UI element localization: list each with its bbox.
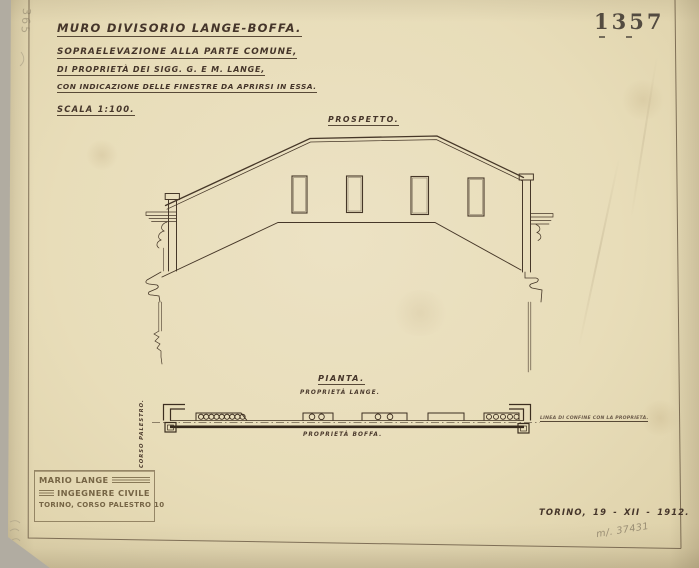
title-subline-2-text: DI PROPRIETÀ DEI SIGG. G. E M. LANGE, (57, 65, 265, 76)
archive-number-stamp: 1357 (594, 9, 664, 34)
boundary-line-note: LINEA DI CONFINE CON LA PROPRIETÀ. (540, 416, 648, 422)
scale-note-text: SCALA 1:100. (57, 104, 135, 116)
elevation-label-text: PROSPETTO. (328, 115, 399, 126)
engineer-address: TORINO, CORSO PALESTRO 10 (39, 501, 164, 509)
street-label: CORSO PALESTRO. (139, 396, 150, 468)
stamp-underline-mark (599, 36, 605, 38)
drawing-title-text: MURO DIVISORIO LANGE-BOFFA. (57, 21, 302, 37)
stamp-underline-mark (626, 36, 632, 38)
plan-owner-above-label: PROPRIETÀ LANGE. (300, 390, 380, 396)
engineer-stamp-box: MARIO LANGE INGEGNERE CIVILE TORINO, COR… (34, 470, 155, 522)
title-subline-3-text: CON INDICAZIONE DELLE FINESTRE DA APRIRS… (57, 82, 317, 93)
stamp-rule-lines (112, 477, 150, 484)
stamp-rule-lines (39, 490, 54, 497)
title-subline-3: CON INDICAZIONE DELLE FINESTRE DA APRIRS… (57, 82, 317, 93)
elevation-drawing (146, 136, 553, 372)
stamp-row-address: TORINO, CORSO PALESTRO 10 (39, 501, 150, 509)
plan-label-text: PIANTA. (318, 373, 365, 385)
elevation-label: PROSPETTO. (328, 115, 399, 126)
title-subline-1-text: SOPRAELEVAZIONE ALLA PARTE COMUNE, (57, 47, 297, 59)
title-subline-1: SOPRAELEVAZIONE ALLA PARTE COMUNE, (57, 47, 297, 59)
plan-owner-below-label: PROPRIETÀ BOFFA. (303, 432, 382, 438)
boundary-line-note-text: LINEA DI CONFINE CON LA PROPRIETÀ. (540, 416, 648, 422)
title-subline-2: DI PROPRIETÀ DEI SIGG. G. E M. LANGE, (57, 65, 265, 76)
scanned-drawing-sheet: { "sheet": { "archive_number": "1357", "… (0, 0, 699, 568)
drawing-title: MURO DIVISORIO LANGE-BOFFA. (57, 21, 302, 37)
stamp-row-name: MARIO LANGE (39, 475, 150, 485)
scale-note: SCALA 1:100. (57, 104, 135, 116)
signature-date: TORINO, 19 - XII - 1912. (539, 507, 690, 517)
paper-sheet: 1357 365 MURO DIVISORIO LANGE-BOFFA. SOP… (0, 0, 699, 568)
engineer-name: MARIO LANGE (39, 475, 109, 485)
pencil-scribbles (10, 52, 24, 549)
plan-drawing (152, 405, 540, 434)
plan-label: PIANTA. (318, 373, 365, 385)
engineer-profession: INGEGNERE CIVILE (57, 488, 150, 498)
stamp-row-profession: INGEGNERE CIVILE (39, 488, 150, 498)
